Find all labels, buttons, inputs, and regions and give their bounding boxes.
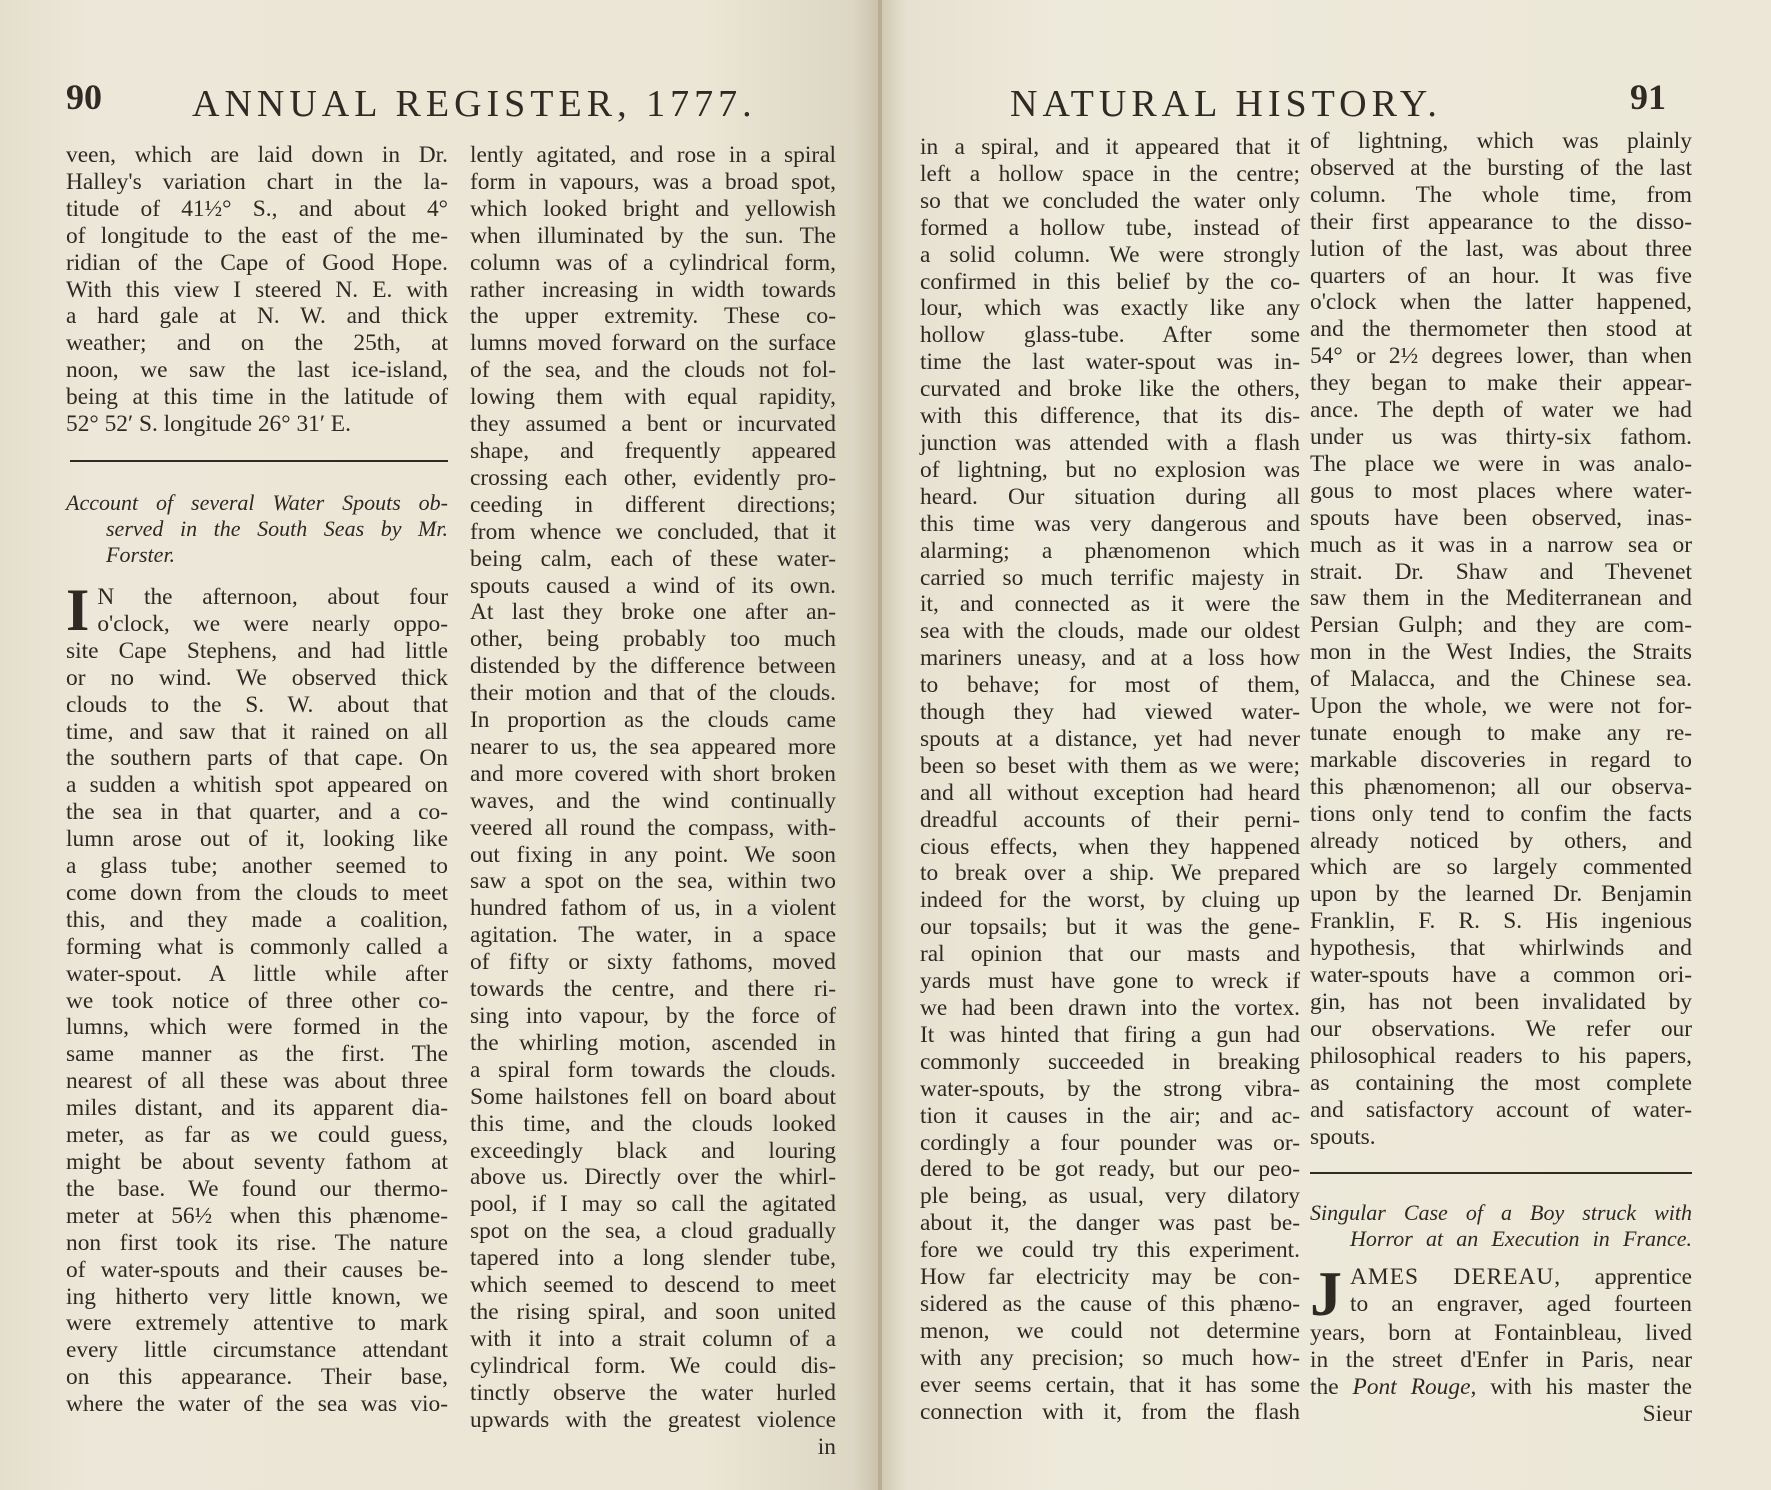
- text-line: cious effects, when they happened: [920, 834, 1300, 861]
- article-body: J AMES DEREAU, apprentice to an engraver…: [1310, 1264, 1692, 1428]
- text-line: of the sea, and the clouds not fol-: [470, 357, 836, 384]
- text-line: menon, we could not determine: [920, 1318, 1300, 1345]
- text-line: this, and they made a coalition,: [66, 907, 448, 934]
- text-line: the rising spiral, and soon united: [470, 1299, 836, 1326]
- text-line: commonly succeeded in breaking: [920, 1049, 1300, 1076]
- text-line: this time was very dangerous and: [920, 511, 1300, 538]
- text-line: spouts have been observed, inas-: [1310, 505, 1692, 532]
- text-line: veen, which are laid down in Dr.: [66, 142, 448, 169]
- text-line: quarters of an hour. It was five: [1310, 263, 1692, 290]
- text-line: At last they broke one after an-: [470, 599, 836, 626]
- text-line: spouts.: [1310, 1124, 1692, 1151]
- text-line: titude of 41½° S., and about 4°: [66, 196, 448, 223]
- text-line: noon, we saw the last ice-island,: [66, 357, 448, 384]
- text-line: left a hollow space in the centre;: [920, 161, 1300, 188]
- text-line: of longitude to the east of the me-: [66, 223, 448, 250]
- text-line: strait. Dr. Shaw and Thevenet: [1310, 559, 1692, 586]
- heading-line: Horror at an Execution in France.: [1310, 1226, 1692, 1252]
- text-line: lowing them with equal rapidity,: [470, 384, 836, 411]
- text-line: with it into a strait column of a: [470, 1326, 836, 1353]
- text-line: in a spiral, and it appeared that it: [920, 134, 1300, 161]
- text-line: carried so much terrific majesty in: [920, 565, 1300, 592]
- text-line: clouds to the S. W. about that: [66, 692, 448, 719]
- text-line: ever seems certain, that it has some: [920, 1372, 1300, 1399]
- text-line: o'clock when the latter happened,: [1310, 289, 1692, 316]
- left-column-2: lently agitated, and rose in a spiralfor…: [470, 142, 836, 1460]
- catchword: in: [470, 1434, 836, 1461]
- text-line: N the afternoon, about four: [66, 584, 448, 611]
- text-line: curvated and broke like the others,: [920, 376, 1300, 403]
- text-line: same manner as the first. The: [66, 1041, 448, 1068]
- text-line: above us. Directly over the whirl-: [470, 1164, 836, 1191]
- article-heading: Singular Case of a Boy struck withHorror…: [1310, 1200, 1692, 1252]
- text-line: How far electricity may be con-: [920, 1264, 1300, 1291]
- text-line: from whence we concluded, that it: [470, 519, 836, 546]
- text-line: veered all round the compass, with-: [470, 815, 836, 842]
- text-line: already noticed by others, and: [1310, 828, 1692, 855]
- text-line: upwards with the greatest violence: [470, 1407, 836, 1434]
- text-line: It was hinted that firing a gun had: [920, 1022, 1300, 1049]
- text-line: lumn arose out of it, looking like: [66, 826, 448, 853]
- text-line: of fifty or sixty fathoms, moved: [470, 949, 836, 976]
- text-line: where the water of the sea was vio-: [66, 1391, 448, 1418]
- text-line: much as it was in a narrow sea or: [1310, 532, 1692, 559]
- text-line: pool, if I may so call the agitated: [470, 1191, 836, 1218]
- text-line: meter, as far as we could guess,: [66, 1122, 448, 1149]
- text-line: other, being probably too much: [470, 626, 836, 653]
- text-line: dreadful accounts of their perni-: [920, 807, 1300, 834]
- text-line: time, and saw that it rained on all: [66, 719, 448, 746]
- text-line: they began to make their appear-: [1310, 370, 1692, 397]
- book-spread: 90 ANNUAL REGISTER, 1777. veen, which ar…: [0, 0, 1771, 1490]
- text-line: ceeding in different directions;: [470, 492, 836, 519]
- text-line: tinctly observe the water hurled: [470, 1380, 836, 1407]
- text-line: of lightning, but no explosion was: [920, 457, 1300, 484]
- text-line: formed a hollow tube, instead of: [920, 215, 1300, 242]
- text-line: cordingly a four pounder was or-: [920, 1130, 1300, 1157]
- right-page: NATURAL HISTORY. 91 in a spiral, and it …: [880, 0, 1771, 1490]
- drop-cap: I: [66, 586, 89, 634]
- text-line: time the last water-spout was in-: [920, 349, 1300, 376]
- text-line: In proportion as the clouds came: [470, 707, 836, 734]
- text-line: about it, the danger was past be-: [920, 1210, 1300, 1237]
- text-line: a solid column. We were strongly: [920, 242, 1300, 269]
- text-line: we had been drawn into the vortex.: [920, 995, 1300, 1022]
- text-line: this time, and the clouds looked: [470, 1111, 836, 1138]
- text-line: though they had viewed water-: [920, 699, 1300, 726]
- text-line: water-spouts, by the strong vibra-: [920, 1076, 1300, 1103]
- text-line: Upon the whole, we were not for-: [1310, 693, 1692, 720]
- text-line: on this appearance. Their base,: [66, 1364, 448, 1391]
- continued-text: veen, which are laid down in Dr.Halley's…: [66, 142, 448, 438]
- text-line: come down from the clouds to meet: [66, 880, 448, 907]
- text-line: ral opinion that our masts and: [920, 941, 1300, 968]
- text-line: ing hitherto very little known, we: [66, 1284, 448, 1311]
- text-line: site Cape Stephens, and had little: [66, 638, 448, 665]
- text-line: Franklin, F. R. S. His ingenious: [1310, 908, 1692, 935]
- text-line: a spiral form towards the clouds.: [470, 1057, 836, 1084]
- text-line: the whirling motion, ascended in: [470, 1030, 836, 1057]
- left-column-1: veen, which are laid down in Dr.Halley's…: [66, 142, 448, 1418]
- text-line: being calm, each of these water-: [470, 546, 836, 573]
- text-line: which are so largely commented: [1310, 854, 1692, 881]
- text-line: Halley's variation chart in the la-: [66, 169, 448, 196]
- text-line: miles distant, and its apparent dia-: [66, 1095, 448, 1122]
- text-line: out fixing in any point. We soon: [470, 842, 836, 869]
- article-body-continued: lently agitated, and rose in a spiralfor…: [470, 142, 836, 1434]
- text-line: ridian of the Cape of Good Hope.: [66, 250, 448, 277]
- article-body-continued: in a spiral, and it appeared that itleft…: [920, 134, 1300, 1426]
- book-gutter: [878, 0, 882, 1490]
- drop-cap: J: [1310, 1268, 1342, 1320]
- running-head: NATURAL HISTORY.: [1010, 82, 1442, 126]
- text-line: lumns moved forward on the surface: [470, 330, 836, 357]
- heading-line: Account of several Water Spouts ob-: [66, 490, 448, 516]
- text-line: which seemed to descend to meet: [470, 1272, 836, 1299]
- text-line: the southern parts of that cape. On: [66, 745, 448, 772]
- text-line: meter at 56½ when this phænome-: [66, 1203, 448, 1230]
- text-line: crossing each other, evidently pro-: [470, 465, 836, 492]
- text-line: distended by the difference between: [470, 653, 836, 680]
- text-line: yards must have gone to wreck if: [920, 968, 1300, 995]
- text-line: our topsails; but it was the gene-: [920, 914, 1300, 941]
- text-line: tion it causes in the air; and ac-: [920, 1103, 1300, 1130]
- article-body: IN the afternoon, about fouro'clock, we …: [66, 584, 448, 1418]
- text-line: lour, which was exactly like any: [920, 295, 1300, 322]
- text-line: form in vapours, was a broad spot,: [470, 169, 836, 196]
- text-line: which looked bright and yellowish: [470, 196, 836, 223]
- text-line: so that we concluded the water only: [920, 188, 1300, 215]
- text-line: Some hailstones fell on board about: [470, 1084, 836, 1111]
- text-line: of lightning, which was plainly: [1310, 128, 1692, 155]
- text-line: gin, has not been invalidated by: [1310, 989, 1692, 1016]
- text-line: they assumed a bent or incurvated: [470, 411, 836, 438]
- text-line: our observations. We refer our: [1310, 1016, 1692, 1043]
- text-line: junction was attended with a flash: [920, 430, 1300, 457]
- heading-line: Singular Case of a Boy struck with: [1310, 1200, 1692, 1226]
- page-number: 90: [66, 76, 102, 118]
- text-line: heard. Our situation during all: [920, 484, 1300, 511]
- text-line: observed at the bursting of the last: [1310, 155, 1692, 182]
- text-line: lently agitated, and rose in a spiral: [470, 142, 836, 169]
- text-line: the upper extremity. These co-: [470, 303, 836, 330]
- text-line: water-spouts have a common ori-: [1310, 962, 1692, 989]
- text-line: ple being, as usual, very dilatory: [920, 1183, 1300, 1210]
- text-line: spot on the sea, a cloud gradually: [470, 1218, 836, 1245]
- text-line: and satisfactory account of water-: [1310, 1097, 1692, 1124]
- text-line: column. The whole time, from: [1310, 182, 1692, 209]
- text-line: markable discoveries in regard to: [1310, 747, 1692, 774]
- text-line: sea with the clouds, made our oldest: [920, 618, 1300, 645]
- text-line: hollow glass-tube. After some: [920, 322, 1300, 349]
- page-number: 91: [1630, 76, 1666, 118]
- text-line: shape, and frequently appeared: [470, 438, 836, 465]
- text-line: confirmed in this belief by the co-: [920, 269, 1300, 296]
- text-line: rather increasing in width towards: [470, 277, 836, 304]
- text-line: gous to most places where water-: [1310, 478, 1692, 505]
- running-head: ANNUAL REGISTER, 1777.: [192, 82, 757, 126]
- text-line: column was of a cylindrical form,: [470, 250, 836, 277]
- text-line: might be about seventy fathom at: [66, 1149, 448, 1176]
- text-line: hypothesis, that whirlwinds and: [1310, 935, 1692, 962]
- text-line: mariners uneasy, and at a loss how: [920, 645, 1300, 672]
- text-line: 54° or 2½ degrees lower, than when: [1310, 343, 1692, 370]
- text-line: or no wind. We observed thick: [66, 665, 448, 692]
- text-line: the sea in that quarter, and a co-: [66, 799, 448, 826]
- text-line: a hard gale at N. W. and thick: [66, 303, 448, 330]
- text-line: exceedingly black and louring: [470, 1138, 836, 1165]
- right-column-2: of lightning, which was plainlyobserved …: [1310, 128, 1692, 1428]
- text-line: water-spout. A little while after: [66, 961, 448, 988]
- text-line: with this difference, that its dis-: [920, 403, 1300, 430]
- text-line: and all without exception had heard: [920, 780, 1300, 807]
- text-line: The place we were in was analo-: [1310, 451, 1692, 478]
- text-line: sing into vapour, by the force of: [470, 1003, 836, 1030]
- text-line: as containing the most complete: [1310, 1070, 1692, 1097]
- catchword: Sieur: [1310, 1401, 1692, 1428]
- text-line: tions only tend to confim the facts: [1310, 801, 1692, 828]
- text-line: and more covered with short broken: [470, 761, 836, 788]
- text-line: their first appearance to the disso-: [1310, 209, 1692, 236]
- text-line: a sudden a whitish spot appeared on: [66, 772, 448, 799]
- text-line: mon in the West Indies, the Straits: [1310, 639, 1692, 666]
- text-line: o'clock, we were nearly oppo-: [66, 611, 448, 638]
- text-line: spouts at a distance, yet had never: [920, 726, 1300, 753]
- heading-line: served in the South Seas by Mr.: [66, 516, 448, 542]
- text-line: nearest of all these was about three: [66, 1068, 448, 1095]
- text-line: and the thermometer then stood at: [1310, 316, 1692, 343]
- text-line: tunate enough to make any re-: [1310, 720, 1692, 747]
- text-line: indeed for the worst, by cluing up: [920, 887, 1300, 914]
- right-column-1: in a spiral, and it appeared that itleft…: [920, 134, 1300, 1426]
- text-line: we took notice of three other co-: [66, 988, 448, 1015]
- text-line: a glass tube; another seemed to: [66, 853, 448, 880]
- text-line: been so beset with them as we were;: [920, 753, 1300, 780]
- text-line: towards the centre, and there ri-: [470, 976, 836, 1003]
- text-line: nearer to us, the sea appeared more: [470, 734, 836, 761]
- heading-line: Forster.: [66, 542, 448, 568]
- text-line: lution of the last, was about three: [1310, 236, 1692, 263]
- text-line: waves, and the wind continually: [470, 788, 836, 815]
- left-page: 90 ANNUAL REGISTER, 1777. veen, which ar…: [0, 0, 880, 1490]
- text-line: to behave; for most of them,: [920, 672, 1300, 699]
- text-line: every little circumstance attendant: [66, 1337, 448, 1364]
- text-line: upon by the learned Dr. Benjamin: [1310, 881, 1692, 908]
- text-line: cylindrical form. We could dis-: [470, 1353, 836, 1380]
- text-line: the base. We found our thermo-: [66, 1176, 448, 1203]
- text-line: forming what is commonly called a: [66, 934, 448, 961]
- text-line: this phænomenon; all our observa-: [1310, 774, 1692, 801]
- article-conclusion: of lightning, which was plainlyobserved …: [1310, 128, 1692, 1150]
- text-line: dered to be got ready, but our peo-: [920, 1156, 1300, 1183]
- text-line: with any precision; so much how-: [920, 1345, 1300, 1372]
- text-line: tapered into a long slender tube,: [470, 1245, 836, 1272]
- text-line: to break over a ship. We prepared: [920, 860, 1300, 887]
- text-line: of water-spouts and their causes be-: [66, 1257, 448, 1284]
- text-line: weather; and on the 25th, at: [66, 330, 448, 357]
- text-line: 52° 52′ S. longitude 26° 31′ E.: [66, 411, 448, 438]
- text-line: non first took its rise. The nature: [66, 1230, 448, 1257]
- text-line: agitation. The water, in a space: [470, 922, 836, 949]
- text-line: Persian Gulph; and they are com-: [1310, 612, 1692, 639]
- text-line: alarming; a phænomenon which: [920, 538, 1300, 565]
- text-line: fore we could try this experiment.: [920, 1237, 1300, 1264]
- text-line: saw a spot on the sea, within two: [470, 868, 836, 895]
- text-line: spouts caused a wind of its own.: [470, 573, 836, 600]
- text-line: being at this time in the latitude of: [66, 384, 448, 411]
- text-line: saw them in the Mediterranean and: [1310, 585, 1692, 612]
- text-line: under us was thirty-six fathom.: [1310, 424, 1692, 451]
- text-line: hundred fathom of us, in a violent: [470, 895, 836, 922]
- text-line: connection with it, from the flash: [920, 1399, 1300, 1426]
- text-line: it, and connected as it were the: [920, 591, 1300, 618]
- text-line: lumns, which were formed in the: [66, 1014, 448, 1041]
- text-line: when illuminated by the sun. The: [470, 223, 836, 250]
- article-heading: Account of several Water Spouts ob-serve…: [66, 490, 448, 568]
- text-line: philosophical readers to his papers,: [1310, 1043, 1692, 1070]
- text-line: sidered as the cause of this phæno-: [920, 1291, 1300, 1318]
- text-line: their motion and that of the clouds.: [470, 680, 836, 707]
- text-line: of Malacca, and the Chinese sea.: [1310, 666, 1692, 693]
- text-line: With this view I steered N. E. with: [66, 277, 448, 304]
- text-line: were extremely attentive to mark: [66, 1310, 448, 1337]
- text-line: ance. The depth of water we had: [1310, 397, 1692, 424]
